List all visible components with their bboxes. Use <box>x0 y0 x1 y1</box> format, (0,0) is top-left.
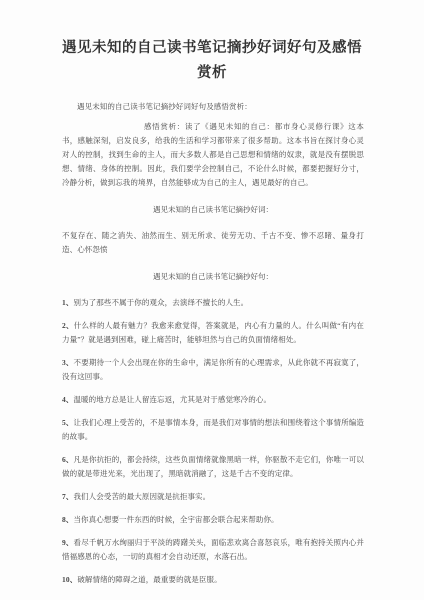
document-page: 遇见未知的自己读书笔记摘抄好词好句及感悟赏析 遇见未知的自己读书笔记摘抄好词好句… <box>0 0 424 600</box>
sentence-number: 8、 <box>62 515 73 524</box>
sentence-text: 温暖的地方总是让人留连忘返，尤其是对于感觉寒冷的心。 <box>73 395 271 404</box>
sentences-heading: 遇见未知的自己读书笔记摘抄好句： <box>62 270 364 284</box>
review-paragraph: 感悟赏析：读了《遇见未知的自己：都市身心灵修行课》这本书，感触深刻，启发良多，给… <box>62 120 364 190</box>
sentence-item: 9、看尽千帆万水绚丽归于平淡的踌躇关头，面临悲欢离合喜怒哀乐，唯有抱持关照内心并… <box>62 536 364 564</box>
sentence-item: 10、破解情绪的障碍之道，最重要的就是臣服。 <box>62 573 364 587</box>
page-title: 遇见未知的自己读书笔记摘抄好词好句及感悟赏析 <box>62 36 362 86</box>
sentence-number: 7、 <box>62 492 73 501</box>
sentence-text: 破解情绪的障碍之道，最重要的就是臣服。 <box>77 575 221 584</box>
sentence-item: 2、什么样的人最有魅力？我愈来愈觉得，答案就是，内心有力量的人。什么叫做“有内在… <box>62 319 364 347</box>
sentence-number: 9、 <box>62 538 74 547</box>
sentence-number: 10、 <box>62 575 77 584</box>
sentence-number: 2、 <box>62 321 74 330</box>
sentence-number: 5、 <box>62 418 74 427</box>
sentence-text: 当你真心想要一件东西的时候，全宇宙都会联合起来帮助你。 <box>73 515 278 524</box>
sentence-number: 3、 <box>62 358 74 367</box>
sentence-item: 1、别为了那些不属于你的观众，去演绎不擅长的人生。 <box>62 296 364 310</box>
sentence-item: 8、当你真心想要一件东西的时候，全宇宙都会联合起来帮助你。 <box>62 513 364 527</box>
sentence-number: 4、 <box>62 395 73 404</box>
sentence-text: 凡是你抗拒的，都会持续，这些负面情绪就像黑暗一样，你驱散不走它们，你唯一可以做的… <box>62 455 364 478</box>
sentence-text: 看尽千帆万水绚丽归于平淡的踌躇关头，面临悲欢离合喜怒哀乐，唯有抱持关照内心并惜福… <box>62 538 364 561</box>
sentence-item: 3、不要期待一个人会出现在你的生命中，满足你所有的心理需求，从此你就不再寂寞了，… <box>62 356 364 384</box>
words-heading: 遇见未知的自己读书笔记摘抄好词： <box>62 203 364 217</box>
sentence-item: 5、让我们心理上受苦的，不是事情本身，而是我们对事情的想法和围绕着这个事情所编造… <box>62 416 364 444</box>
sentence-text: 别为了那些不属于你的观众，去演绎不擅长的人生。 <box>73 298 248 307</box>
intro-line: 遇见未知的自己读书笔记摘抄好词好句及感悟赏析： <box>62 100 364 114</box>
words-list: 不复存在、随之消失、油然而生、别无所求、徒劳无功、千古不变、惨不忍睹、量身打造、… <box>62 229 364 257</box>
sentence-item: 7、我们人会受苦的最大原因就是抗拒事实。 <box>62 490 364 504</box>
sentence-text: 什么样的人最有魅力？我愈来愈觉得，答案就是，内心有力量的人。什么叫做“有内在力量… <box>62 321 364 344</box>
sentence-item: 4、温暖的地方总是让人留连忘返，尤其是对于感觉寒冷的心。 <box>62 393 364 407</box>
sentence-text: 我们人会受苦的最大原因就是抗拒事实。 <box>73 492 210 501</box>
sentence-text: 让我们心理上受苦的，不是事情本身，而是我们对事情的想法和围绕着这个事情所编造的故… <box>62 418 364 441</box>
sentence-item: 6、凡是你抗拒的，都会持续，这些负面情绪就像黑暗一样，你驱散不走它们，你唯一可以… <box>62 453 364 481</box>
sentence-text: 不要期待一个人会出现在你的生命中，满足你所有的心理需求，从此你就不再寂寞了，没有… <box>62 358 364 381</box>
sentence-number: 6、 <box>62 455 74 464</box>
sentence-number: 1、 <box>62 298 73 307</box>
